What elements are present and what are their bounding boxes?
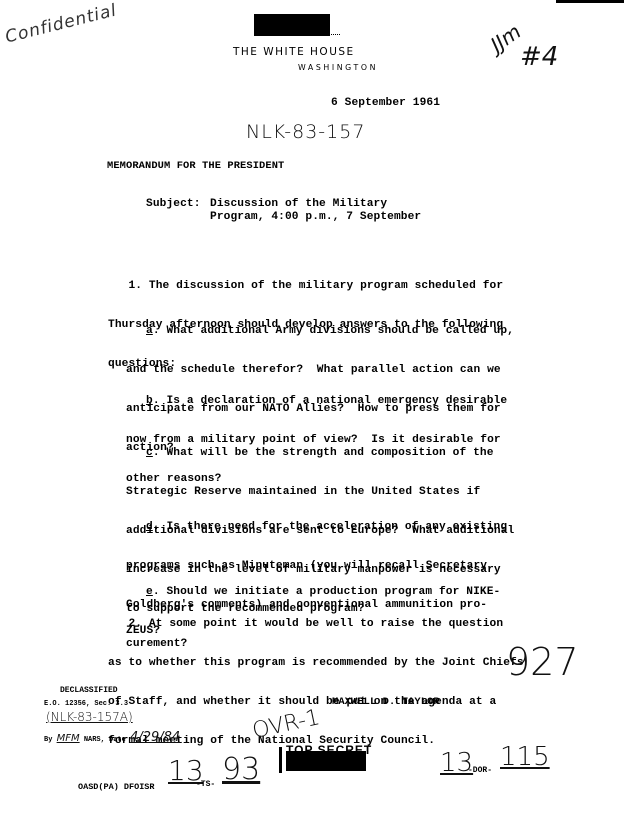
memo-date: 6 September 1961: [331, 97, 440, 110]
osd-ts-mark: -TS-: [196, 780, 215, 789]
letterhead-title: THE WHITE HOUSE: [233, 46, 355, 58]
handwritten-file-number: NLK-83-157: [246, 121, 365, 143]
subject-line-1: Discussion of the Military: [210, 198, 387, 211]
classification-marking: TOP SECRET: [279, 747, 372, 773]
subject-label: Subject:: [146, 198, 201, 211]
letterhead-location: WASHINGTON: [298, 63, 378, 72]
redaction-box-top: [254, 14, 330, 36]
declassified-date: 4/29/84: [130, 730, 180, 745]
signature-name: MAXWELL D. TAYLOR: [332, 696, 440, 709]
declassified-by-initials: MFM: [57, 733, 80, 744]
question-d-letter: d: [146, 521, 153, 533]
handwritten-confidential-note: Confidential: [3, 0, 119, 47]
declassified-heading: DECLASSIFIED: [60, 686, 118, 695]
declassified-authority: E.O. 12356, Sec. 3.3: [44, 700, 128, 708]
control-number: 115: [500, 742, 550, 772]
control-dor: -DOR-: [468, 766, 492, 775]
osd-number-2: 93: [222, 752, 260, 787]
declassified-case-number: (NLK-83-157A): [46, 710, 133, 724]
top-right-edge-mark: [556, 0, 624, 3]
question-a-letter: a: [146, 325, 153, 337]
question-b-letter: b: [146, 395, 153, 407]
handwritten-page-number: 927: [506, 640, 579, 684]
osd-label: OASD(PA) DFOISR: [78, 782, 155, 792]
handwritten-item-number: #4: [520, 42, 558, 72]
question-c-letter: c: [146, 447, 153, 459]
redaction-box-classification: [286, 751, 366, 771]
memo-addressee: MEMORANDUM FOR THE PRESIDENT: [107, 160, 284, 173]
paragraph-1-line: 1. The discussion of the military progra…: [108, 280, 503, 293]
redaction-box-underline: [286, 34, 340, 35]
declassified-by-line: By MFM NARS, Date 4/29/84: [44, 730, 180, 745]
subject-line-2: Program, 4:00 p.m., 7 September: [210, 211, 421, 224]
